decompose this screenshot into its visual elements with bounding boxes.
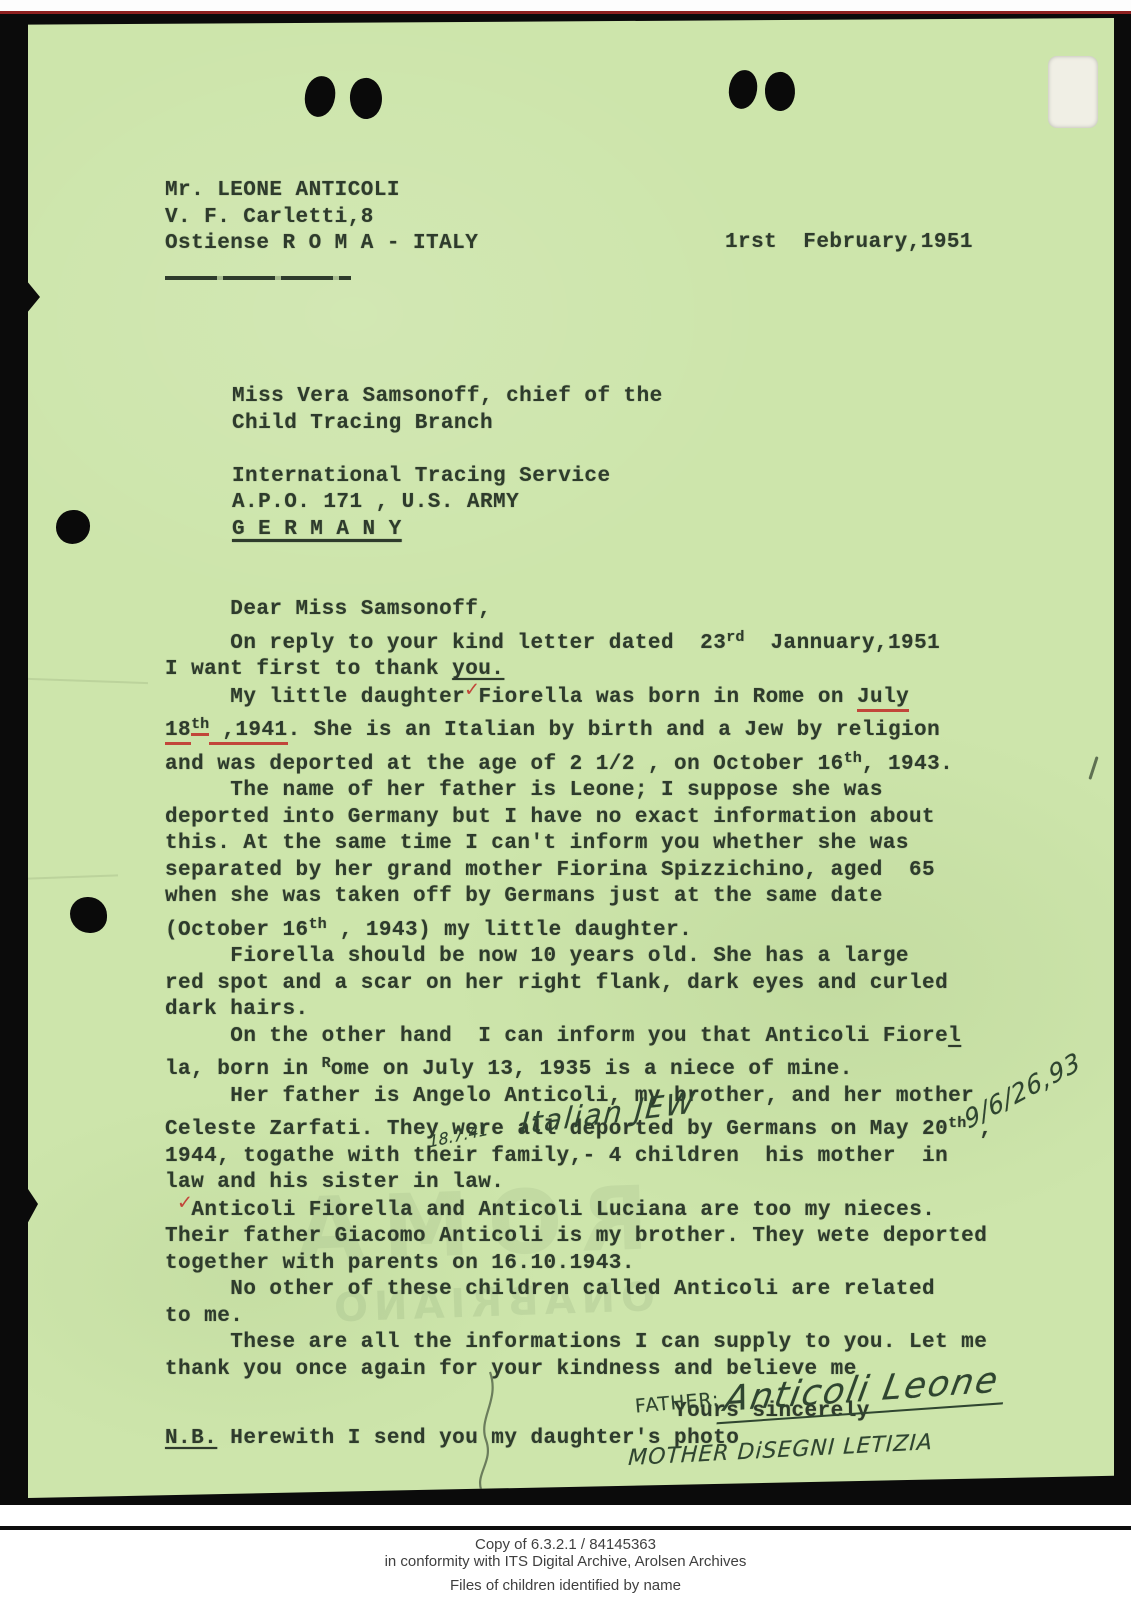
paper-crease (28, 678, 148, 684)
handwritten-slash-mark (1088, 756, 1098, 780)
scanned-document: ROMA ONABRIANO 1rst February,1951 Mr. LE… (0, 0, 1131, 1600)
sender-underline-rule (165, 276, 351, 280)
sender-address-block: 1rst February,1951 Mr. LEONE ANTICOLIV. … (165, 178, 478, 258)
archive-collection-title: Files of children identified by name (0, 1577, 1131, 1594)
pencil-squiggle (460, 1370, 520, 1520)
label-sticker (1048, 56, 1098, 128)
punch-hole (70, 897, 107, 933)
punch-hole (763, 71, 796, 112)
punch-hole (727, 68, 760, 110)
paper-crease (28, 874, 118, 879)
punch-hole (302, 74, 337, 119)
archive-caption-strip: Copy of 6.3.2.1 / 84145363 in conformity… (0, 1505, 1131, 1600)
scan-top-white-strip (0, 0, 1131, 11)
caption-divider-rule (0, 1526, 1131, 1530)
punch-hole (348, 76, 384, 120)
archive-conformity-note: in conformity with ITS Digital Archive, … (0, 1553, 1131, 1570)
torn-edge (26, 280, 40, 314)
punch-hole (56, 510, 90, 544)
torn-edge (26, 1186, 38, 1226)
letter-page: ROMA ONABRIANO 1rst February,1951 Mr. LE… (28, 18, 1114, 1498)
letter-body: Dear Miss Samsonoff, On reply to your ki… (165, 597, 1025, 1452)
scan-top-red-line (0, 11, 1131, 14)
recipient-address-block: Miss Vera Samsonoff, chief of theChild T… (232, 384, 663, 543)
letter-date: 1rst February,1951 (725, 231, 973, 254)
archive-copy-reference: Copy of 6.3.2.1 / 84145363 (0, 1536, 1131, 1553)
